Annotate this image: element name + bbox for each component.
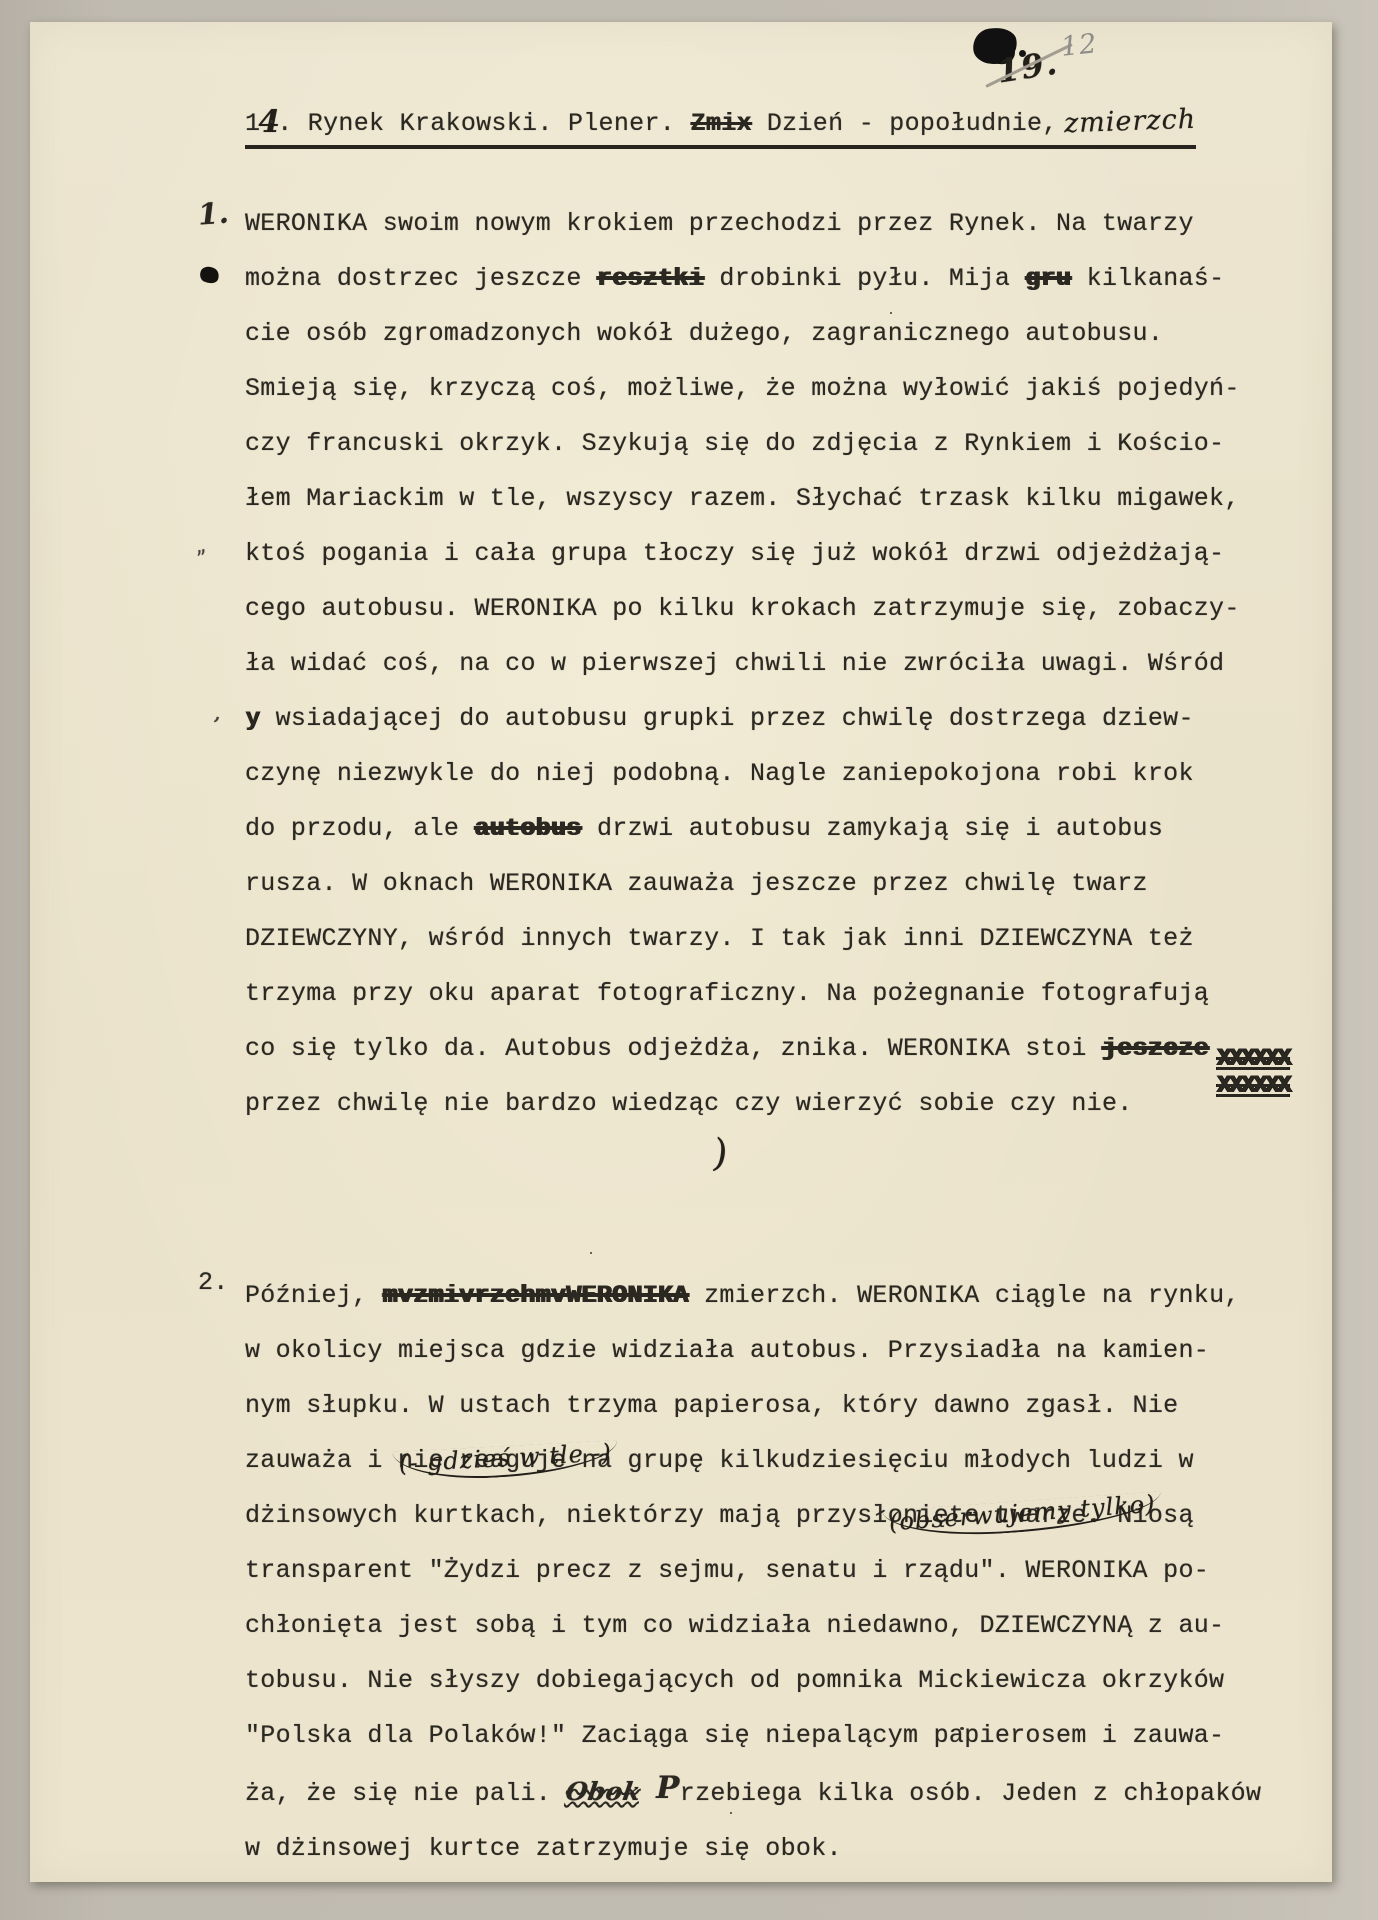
typed-line: w okolicy miejsca gdzie widziała autobus… (245, 1323, 1275, 1378)
typed-text: czy francuski okrzyk. Szykują się do zdj… (245, 429, 1224, 458)
typed-text: nym słupku. W ustach trzyma papierosa, k… (245, 1391, 1178, 1420)
margin-mark-tick (191, 532, 210, 587)
typed-line: ktoś pogania i cała grupa tłoczy się już… (245, 526, 1275, 581)
handwritten-letter: P (656, 1761, 680, 1816)
scene-text: Później, mvzmivrzehmvWERONIKA zmierzch. … (245, 1268, 1275, 1876)
typed-text: WERONIKA swoim nowym krokiem przechodzi … (245, 209, 1194, 238)
typed-text: zauważa i nie reaguje na grupę kilkudzie… (245, 1446, 1194, 1475)
scene-2: 2.Później, mvzmivrzehmvWERONIKA zmierzch… (30, 1268, 1332, 1876)
struck-text: mvzmivrzehmvWERONIKA (383, 1281, 689, 1310)
typed-line: Smieją się, krzyczą coś, możliwe, że moż… (245, 361, 1275, 416)
page-number-area: 19. 12 (965, 22, 1165, 112)
typed-text: cego autobusu. WERONIKA po kilku krokach… (245, 594, 1240, 623)
struck-out-block: XXXXXXXXXXXX (1217, 1045, 1289, 1099)
margin-mark-blob (198, 264, 221, 286)
scene-1: 1.WERONIKA swoim nowym krokiem przechodz… (30, 196, 1332, 1131)
scene-heading-struck-word: Zmix (690, 109, 751, 138)
typed-line: y wsiadającej do autobusu grupki przez c… (245, 691, 1275, 746)
scene-heading-separator: . (277, 109, 308, 138)
typed-text: Smieją się, krzyczą coś, możliwe, że moż… (245, 374, 1240, 403)
document-page: 19. 12 14. Rynek Krakowski. Plener. Zmix… (30, 22, 1332, 1882)
typed-text: "Polska dla Polaków!" Zaciąga się niepal… (245, 1721, 1224, 1750)
typed-text: trzyma przy oku aparat fotograficzny. Na… (245, 979, 1209, 1008)
overstruck-letter: y (245, 704, 260, 733)
typed-line: trzyma przy oku aparat fotograficzny. Na… (245, 966, 1275, 1021)
dust-speck (890, 312, 892, 314)
typed-text: kilkanaś- (1071, 264, 1224, 293)
typed-text: cie osób zgromadzonych wokół dużego, zag… (245, 319, 1163, 348)
scene-number: 1. (197, 194, 246, 231)
scene-heading-text: Rynek Krakowski. Plener. (308, 109, 691, 138)
typed-text: w dżinsowej kurtce zatrzymuje się obok. (245, 1834, 842, 1863)
typed-line: czy francuski okrzyk. Szykują się do zdj… (245, 416, 1275, 471)
scanned-page-background: { "doc": { "corner": { "crossed_number":… (0, 0, 1378, 1920)
dust-speck (1150, 662, 1153, 664)
typed-line: rusza. W oknach WERONIKA zauważa jeszcze… (245, 856, 1275, 911)
struck-out-row: XXXXXX (1217, 1072, 1289, 1099)
typed-text: drzwi autobusu zamykają się i autobus (582, 814, 1164, 843)
typed-line: chłonięta jest sobą i tym co widziała ni… (245, 1598, 1275, 1653)
typed-line: DZIEWCZYNY, wśród innych twarzy. I tak j… (245, 911, 1275, 966)
struck-out-row: XXXXXX (1217, 1045, 1289, 1072)
typed-text: ża, że się nie pali. (245, 1779, 566, 1808)
typed-text: transparent "Żydzi precz z sejmu, senatu… (245, 1556, 1209, 1585)
typed-line: tobusu. Nie słyszy dobiegających od pomn… (245, 1653, 1275, 1708)
typed-text: rusza. W oknach WERONIKA zauważa jeszcze… (245, 869, 1148, 898)
typed-line: ża, że się nie pali. Obok Przebiega kilk… (245, 1763, 1275, 1821)
margin-mark-tick2 (204, 699, 225, 754)
typed-line: można dostrzec jeszcze resztki drobinki … (245, 251, 1275, 306)
typed-line: w dżinsowej kurtce zatrzymuje się obok. (245, 1821, 1275, 1876)
typed-text: czy wierzyć sobie czy nie. (719, 1089, 1132, 1118)
typed-line: łem Mariackim w tle, wszyscy razem. Słyc… (245, 471, 1275, 526)
struck-text: jeszcze (1102, 1034, 1209, 1063)
typed-line: do przodu, ale autobus drzwi autobusu za… (245, 801, 1275, 856)
scene-heading-handwritten-word: zmierzch (1063, 104, 1196, 140)
typed-line: (obserwujemy tylko)transparent "Żydzi pr… (245, 1543, 1275, 1598)
typed-text: można dostrzec jeszcze (245, 264, 597, 293)
typed-line: co się tylko da. Autobus odjeżdża, znika… (245, 1021, 1275, 1076)
typed-text: wsiadającej do autobusu grupki przez chw… (260, 704, 1193, 733)
dust-speck (960, 1727, 964, 1730)
typed-text: co się tylko da. Autobus odjeżdża, znika… (245, 1034, 1102, 1063)
typed-line: ła widać coś, na co w pierwszej chwili n… (245, 636, 1275, 691)
typed-text: chłonięta jest sobą i tym co widziała ni… (245, 1611, 1224, 1640)
dust-speck (270, 120, 273, 123)
scenes: 1.WERONIKA swoim nowym krokiem przechodz… (30, 196, 1332, 1876)
typed-text: Później, (245, 1281, 383, 1310)
struck-text: resztki (597, 264, 704, 293)
dust-speck (590, 1252, 592, 1254)
typed-line: cie osób zgromadzonych wokół dużego, zag… (245, 306, 1275, 361)
pencil-page-number: 12 (1059, 28, 1098, 63)
typed-text: do przodu, ale (245, 814, 475, 843)
scribbled-word: Obok (562, 1764, 644, 1819)
typed-text: rzebiega kilka osób. Jeden z chłopaków (680, 1779, 1262, 1808)
struck-text: autobus (475, 814, 582, 843)
scene-heading-text-2: Dzień - popołudnie, (752, 109, 1058, 138)
typed-text: ktoś pogania i cała grupa tłoczy się już… (245, 539, 1224, 568)
typed-text: DZIEWCZYNY, wśród innych twarzy. I tak j… (245, 924, 1194, 953)
typed-text (641, 1779, 656, 1808)
dust-speck (730, 1812, 732, 1814)
typed-text: zmierzch. WERONIKA ciągle na rynku, (689, 1281, 1240, 1310)
typed-text: łem Mariackim w tle, wszyscy razem. Słyc… (245, 484, 1240, 513)
typed-line: cego autobusu. WERONIKA po kilku krokach… (245, 581, 1275, 636)
typed-text: czynę niezwykle do niej podobną. Nagle z… (245, 759, 1194, 788)
typed-line: przez chwilę nie bardzo wiedząc) czy wie… (245, 1076, 1275, 1131)
typed-text: tobusu. Nie słyszy dobiegających od pomn… (245, 1666, 1224, 1695)
struck-text: gru (1025, 264, 1071, 293)
typed-line: nym słupku. W ustach trzyma papierosa, k… (245, 1378, 1275, 1433)
typed-text: ła widać coś, na co w pierwszej chwili n… (245, 649, 1224, 678)
typed-text: przez chwilę nie bardzo wiedząc (245, 1089, 719, 1118)
typed-text: drobinki pyłu. Mija (704, 264, 1025, 293)
typed-text: w okolicy miejsca gdzie widziała autobus… (245, 1336, 1209, 1365)
scene-number: 2. (198, 1268, 245, 1297)
typed-line: "Polska dla Polaków!" Zaciąga się niepal… (245, 1708, 1275, 1763)
typed-line: Później, mvzmivrzehmvWERONIKA zmierzch. … (245, 1268, 1275, 1323)
typed-line: WERONIKA swoim nowym krokiem przechodzi … (245, 196, 1275, 251)
scene-text: WERONIKA swoim nowym krokiem przechodzi … (245, 196, 1275, 1131)
typed-line: czynę niezwykle do niej podobną. Nagle z… (245, 746, 1275, 801)
